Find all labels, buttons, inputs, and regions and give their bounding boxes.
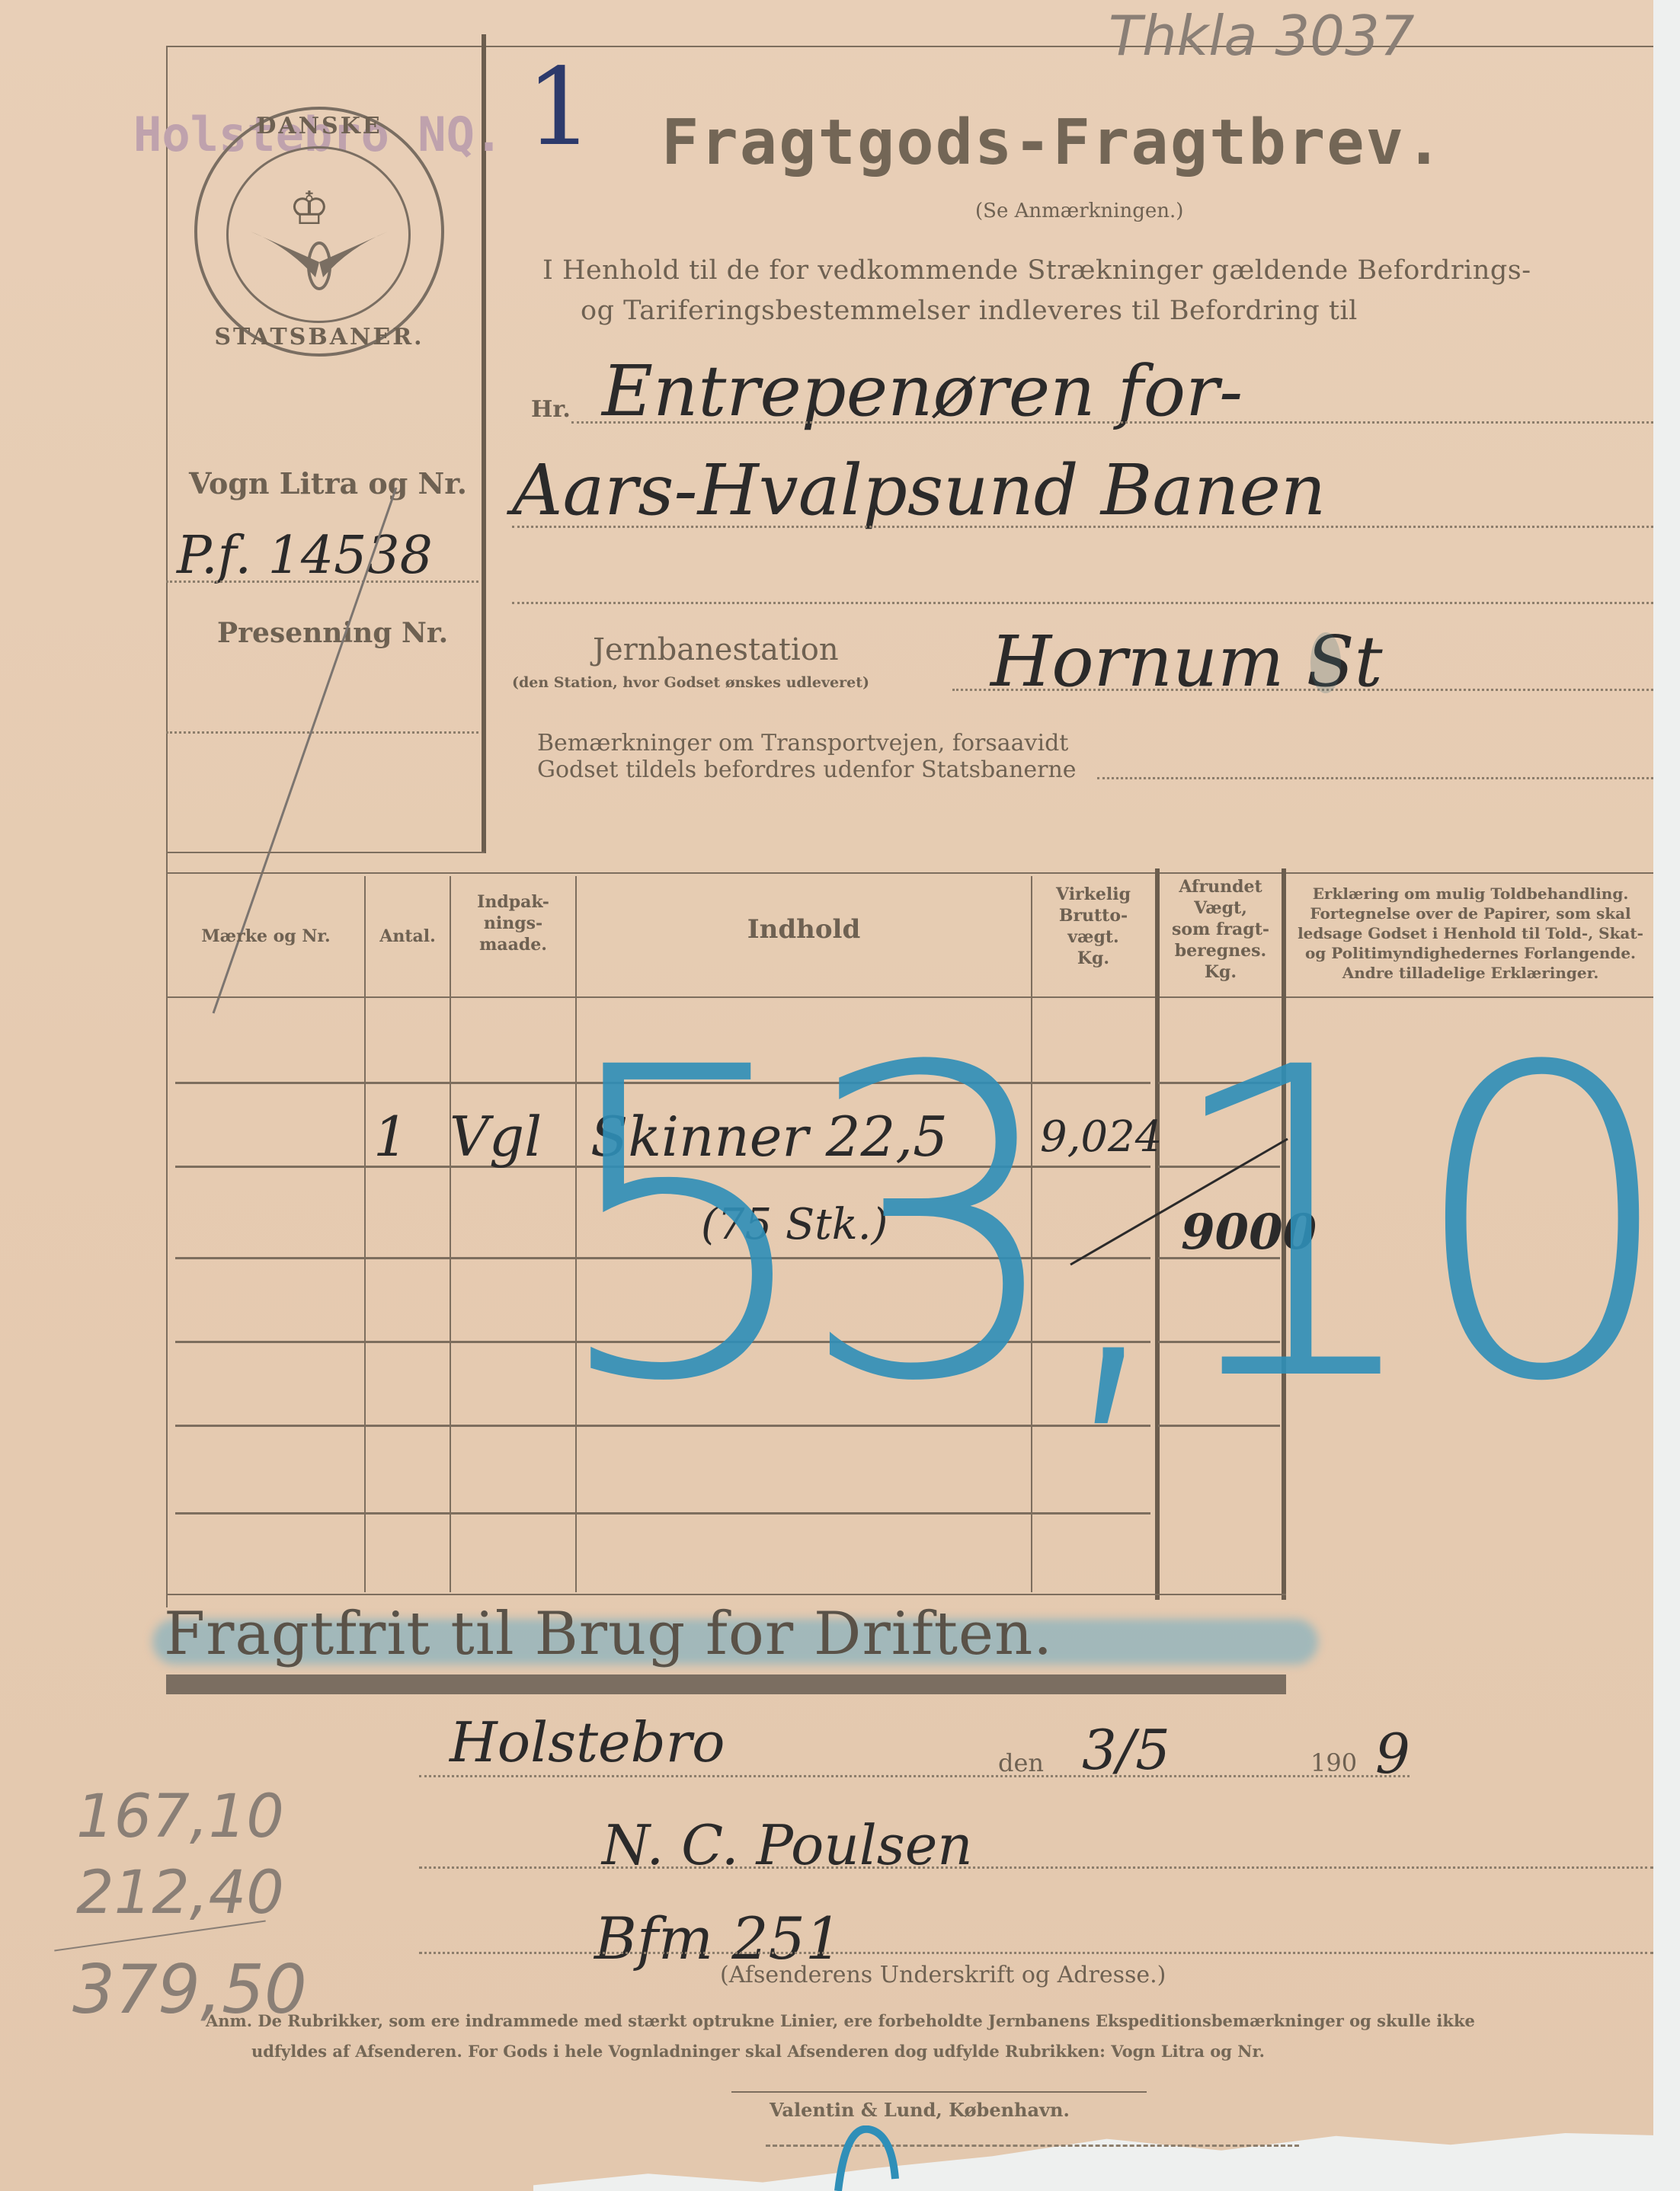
table-bottom-line: [166, 1594, 1286, 1595]
year-prefix: 190: [1310, 1748, 1357, 1777]
remarks-rule: [1097, 777, 1653, 779]
intro-text-line1: I Henhold til de for vedkommende Strækni…: [542, 255, 1531, 286]
printer-imprint: Valentin & Lund, København.: [770, 2099, 1070, 2121]
header-brutto: Virkelig Brutto- vægt. Kg.: [1032, 884, 1154, 969]
row-rule: [175, 1512, 1150, 1515]
stamp-text-bottom: STATSBANER.: [197, 324, 441, 350]
station-label: Jernbanestation: [593, 632, 839, 667]
col-divider-indpakning: [450, 876, 451, 1592]
background-edge: [1653, 0, 1680, 2191]
dsb-logo-icon: DANSKE ♔ STATSBANER.: [194, 107, 444, 357]
blue-crayon-arc: [830, 2125, 907, 2191]
recipient-name-field[interactable]: Entrepenøren for-: [602, 350, 1243, 432]
winged-wheel-icon: [243, 224, 395, 293]
signature-rule: [419, 1866, 1653, 1869]
remarks-label-line2: Godset tildels befordres udenfor Statsba…: [537, 756, 1077, 783]
table-top-line: [166, 872, 1653, 874]
footnote-line2: udfyldes af Afsenderen. For Gods i hele …: [251, 2042, 1265, 2061]
left-frame-line: [166, 46, 168, 1607]
blue-crayon-amount: 53,10: [549, 1013, 1656, 1440]
recipient-prefix: Hr.: [531, 396, 571, 423]
free-freight-banner: Fragtfrit til Brug for Driften.: [164, 1600, 1053, 1668]
header-erklaering: Erklæring om mulig Toldbehandling. Forte…: [1288, 884, 1653, 983]
place-date-rule: [419, 1775, 1410, 1777]
remarks-label-line1: Bemærkninger om Transportvejen, forsaavi…: [537, 730, 1068, 756]
date-den-label: den: [998, 1748, 1044, 1777]
pencil-reference: Thkla 3037: [1109, 4, 1415, 68]
header-marke: Mærke og Nr.: [168, 926, 364, 947]
left-box-bottom-line: [166, 852, 485, 853]
recipient-line3-rule: [512, 602, 1653, 604]
banner-underline-bar: [166, 1674, 1286, 1694]
header-indpakning: Indpak- nings- maade.: [451, 891, 575, 955]
intro-text-line2: og Tariferingsbestemmelser indleveres ti…: [581, 296, 1358, 326]
col-divider-antal: [364, 876, 366, 1592]
handwritten-mark-1: 1: [526, 46, 594, 170]
recipient-line1-rule: [571, 421, 1653, 424]
printer-rule: [731, 2091, 1147, 2093]
station-sublabel: (den Station, hvor Godset ønskes udlever…: [512, 674, 869, 691]
footnote-line1: Anm. De Rubrikker, som ere indrammede me…: [206, 2011, 1475, 2030]
ink-blot: [1288, 609, 1364, 708]
sender-caption: (Afsenderens Underskrift og Adresse.): [720, 1962, 1166, 1988]
pencil-sum-line1: 167,10: [76, 1783, 284, 1851]
top-frame-line: [168, 46, 1653, 47]
place-field[interactable]: Holstebro: [450, 1710, 725, 1774]
header-antal: Antal.: [366, 926, 450, 947]
date-field[interactable]: 3/5: [1082, 1718, 1170, 1782]
stamp-text-top: DANSKE: [197, 113, 441, 139]
recipient-address-field[interactable]: Aars-Hvalpsund Banen: [512, 449, 1326, 531]
header-afrundet: Afrundet Vægt, som fragt- beregnes. Kg.: [1160, 876, 1282, 983]
pencil-sum-line2: 212,40: [76, 1859, 284, 1927]
cell-antal[interactable]: 1: [373, 1105, 408, 1169]
cell-indpakning[interactable]: Vgl: [450, 1105, 542, 1169]
recipient-line2-rule: [512, 526, 1653, 528]
document-title: Fragtgods-Fragtbrev.: [661, 107, 1444, 179]
document-subtitle: (Se Anmærkningen.): [975, 200, 1183, 222]
address-rule: [419, 1952, 1653, 1954]
header-indhold: Indhold: [577, 914, 1031, 945]
